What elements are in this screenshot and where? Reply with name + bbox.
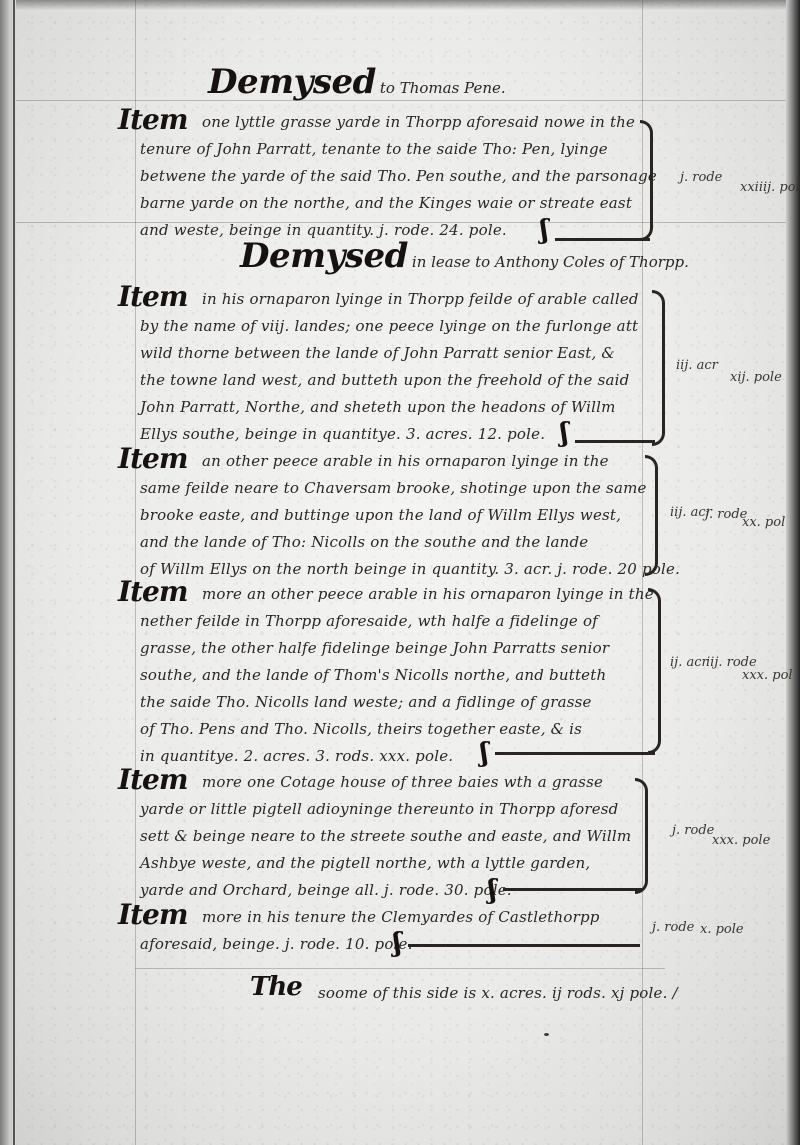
text-line: an other peece arable in his ornaparon l…: [202, 452, 609, 470]
text-line: yarde and Orchard, beinge all. j. rode. …: [140, 881, 512, 899]
bracket-brace: [652, 290, 665, 446]
text-line: by the name of viij. landes; one peece l…: [140, 317, 638, 335]
text-line: wild thorne between the lande of John Pa…: [140, 344, 615, 362]
bracket-brace: [640, 120, 653, 241]
text-line: John Parratt, Northe, and sheteth upon t…: [140, 398, 616, 416]
marginal-acres: iij. acr: [676, 358, 718, 373]
item-lead-word: Item: [118, 103, 187, 136]
paragraph-mark: ʃ: [488, 875, 497, 905]
summary-lead-word: The: [250, 972, 302, 1002]
text-line: more an other peece arable in his ornapa…: [202, 585, 654, 603]
ink-spot: [544, 1033, 549, 1036]
marginal-poles: xxx. pol: [742, 668, 793, 683]
text-line: barne yarde on the northe, and the Kinge…: [140, 194, 632, 212]
text-line: sett & beinge neare to the streete south…: [140, 827, 631, 845]
text-line: yarde or little pigtell adioyninge there…: [140, 800, 618, 818]
item-lead-word: Item: [118, 763, 187, 796]
bracket-brace: [635, 778, 648, 894]
bracket-brace: [645, 455, 658, 576]
closing-bar: [408, 944, 640, 947]
horizontal-rule: [135, 968, 665, 969]
text-line: the towne land west, and butteth upon th…: [140, 371, 629, 389]
section-heading: Demysedin lease to Anthony Coles of Thor…: [240, 236, 689, 276]
closing-bar: [575, 440, 655, 443]
top-edge-shadow: [0, 0, 800, 10]
heading-suffix: in lease to Anthony Coles of Thorpp.: [412, 253, 689, 271]
manuscript-page: Demysedto Thomas Pene. Item one lyttle g…: [0, 0, 800, 1145]
heading-word: Demysed: [208, 62, 376, 102]
summary-text: soome of this side is x. acres. ij rods.…: [318, 984, 678, 1002]
marginal-poles: xxx. pole: [712, 833, 770, 848]
text-line: more one Cotage house of three baies wth…: [202, 773, 603, 791]
marginal-rods: j. rode: [705, 507, 747, 522]
closing-bar: [495, 752, 655, 755]
paragraph-mark: ʃ: [480, 738, 489, 768]
text-line: grasse, the other halfe fidelinge beinge…: [140, 639, 609, 657]
section-heading: Demysedto Thomas Pene.: [208, 62, 506, 102]
marginal-poles: x. pole: [700, 922, 744, 937]
item-lead-word: Item: [118, 898, 187, 931]
text-line: tenure of John Parratt, tenante to the s…: [140, 140, 608, 158]
text-line: Ashbye weste, and the pigtell northe, wt…: [140, 854, 590, 872]
marginal-rods: j. rode: [672, 823, 714, 838]
text-line: the saide Tho. Nicolls land weste; and a…: [140, 693, 592, 711]
item-lead-word: Item: [118, 442, 187, 475]
left-margin-rule: [135, 0, 136, 1145]
heading-suffix: to Thomas Pene.: [380, 79, 506, 97]
text-line: Ellys southe, beinge in quantitye. 3. ac…: [140, 425, 545, 443]
text-line: of Willm Ellys on the north beinge in qu…: [140, 560, 680, 578]
text-line: and the lande of Tho: Nicolls on the sou…: [140, 533, 588, 551]
text-line: southe, and the lande of Thom's Nicolls …: [140, 666, 606, 684]
text-line: of Tho. Pens and Tho. Nicolls, theirs to…: [140, 720, 582, 738]
closing-bar: [503, 888, 643, 891]
text-line: nether feilde in Thorpp aforesaide, wth …: [140, 612, 598, 630]
paragraph-mark: ʃ: [560, 418, 569, 448]
item-lead-word: Item: [118, 575, 187, 608]
text-line: same feilde neare to Chaversam brooke, s…: [140, 479, 647, 497]
marginal-poles: xx. pol: [742, 515, 785, 530]
text-line: one lyttle grasse yarde in Thorpp afores…: [202, 113, 635, 131]
heading-word: Demysed: [240, 236, 408, 276]
item-lead-word: Item: [118, 280, 187, 313]
paragraph-mark: ʃ: [393, 928, 402, 958]
marginal-rods: j. rode: [680, 170, 722, 185]
right-page-edge: [786, 0, 800, 1145]
text-line: in his ornaparon lyinge in Thorpp feilde…: [202, 290, 639, 308]
left-border-line: [13, 0, 15, 1145]
marginal-poles: xxiiij. pol.: [740, 180, 800, 195]
marginal-acres: ij. acr: [670, 655, 708, 670]
bracket-brace: [648, 588, 661, 754]
text-line: brooke easte, and buttinge upon the land…: [140, 506, 621, 524]
text-line: aforesaid, beinge. j. rode. 10. pole.: [140, 935, 413, 953]
marginal-poles: xij. pole: [730, 370, 782, 385]
marginal-rods: j. rode: [652, 920, 694, 935]
text-line: more in his tenure the Clemyardes of Cas…: [202, 908, 600, 926]
text-line: betwene the yarde of the said Tho. Pen s…: [140, 167, 657, 185]
